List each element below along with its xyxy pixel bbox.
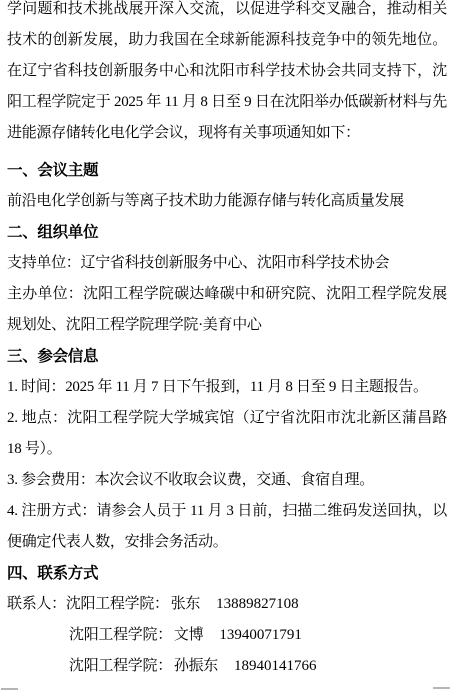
supporting-units-paragraph: 支持单位：辽宁省科技创新服务中心、沈阳市科学技术协会: [7, 248, 447, 279]
contact-name: 张东: [171, 596, 200, 612]
registration-paragraph: 4. 注册方式：请参会人员于 11 月 3 日前，扫描二维码发送回执，以便确定代…: [7, 496, 447, 558]
page-edge-mark-right: [433, 687, 450, 689]
section-heading-contact-info: 四、联系方式: [7, 558, 447, 589]
contact-row: 沈阳工程学院：文博13940071791: [7, 620, 447, 651]
contact-label: 联系人：: [7, 596, 66, 612]
page-edge-mark-left: [1, 688, 18, 690]
meeting-theme-paragraph: 前沿电化学创新与等离子技术助力能源存储与转化高质量发展: [7, 186, 447, 217]
contact-org: 沈阳工程学院：: [69, 627, 172, 643]
contact-phone: 13889827108: [216, 596, 299, 612]
contact-name: 孙振东: [174, 658, 218, 674]
document-page: 学问题和技术挑战展开深入交流，以促进学科交叉融合，推动相关技术的创新发展，助力我…: [0, 0, 454, 682]
contact-row: 沈阳工程学院：孙振东18940141766: [7, 651, 447, 682]
contact-name: 文博: [174, 627, 203, 643]
contact-phone: 18940141766: [234, 658, 317, 674]
section-heading-participation-info: 三、参会信息: [7, 341, 447, 372]
fee-paragraph: 3. 参会费用：本次会议不收取会议费，交通、食宿自理。: [7, 465, 447, 496]
contact-org: 沈阳工程学院：: [69, 658, 172, 674]
location-paragraph: 2. 地点：沈阳工程学院大学城宾馆（辽宁省沈阳市沈北新区蒲昌路 18 号）。: [7, 403, 447, 465]
section-heading-meeting-theme: 一、会议主题: [7, 155, 447, 186]
time-paragraph: 1. 时间：2025 年 11 月 7 日下午报到，11 月 8 日至 9 日主…: [7, 372, 447, 403]
intro-paragraph: 学问题和技术挑战展开深入交流，以促进学科交叉融合，推动相关技术的创新发展，助力我…: [7, 0, 447, 149]
contact-row: 联系人：沈阳工程学院：张东13889827108: [7, 589, 447, 620]
host-units-paragraph: 主办单位：沈阳工程学院碳达峰碳中和研究院、沈阳工程学院发展规划处、沈阳工程学院理…: [7, 279, 447, 341]
contact-org: 沈阳工程学院：: [66, 596, 169, 612]
section-heading-organizers: 二、组织单位: [7, 217, 447, 248]
contact-phone: 13940071791: [219, 627, 302, 643]
